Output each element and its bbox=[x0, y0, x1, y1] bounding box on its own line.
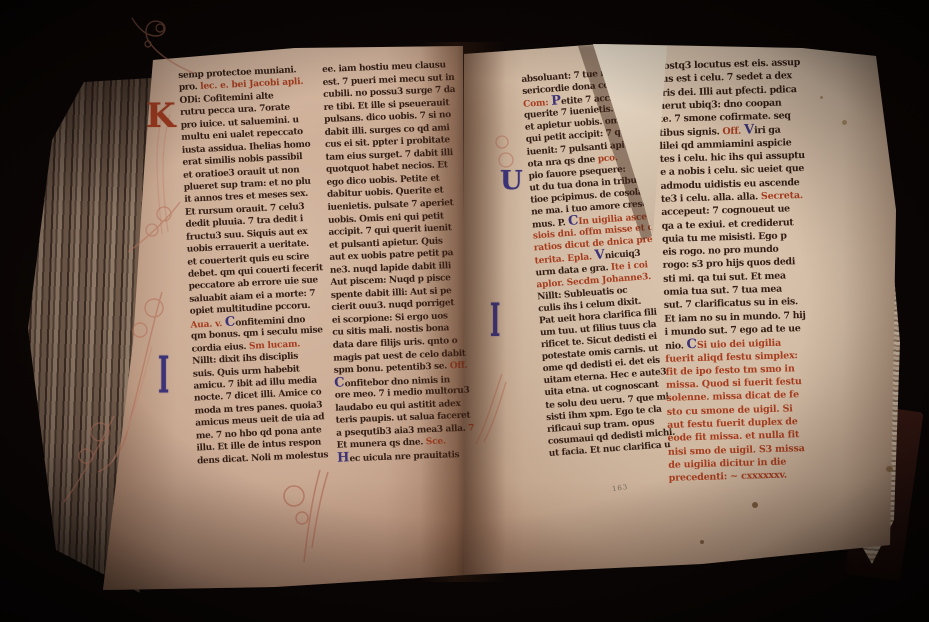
penwork-flourish-icon bbox=[126, 14, 202, 78]
decorated-initial: U bbox=[500, 166, 523, 196]
rubric-text: Secreta. bbox=[761, 190, 803, 202]
decorated-initial: K bbox=[146, 96, 175, 136]
stain-speck bbox=[752, 502, 758, 508]
decorated-initial: I bbox=[158, 344, 169, 405]
decorated-initial: I bbox=[490, 294, 500, 349]
left-page-column-1: semp protectoe muniani.pro. lec. e. bei … bbox=[178, 64, 325, 468]
rubric-text: Sm lucam. bbox=[249, 339, 301, 351]
stain-speck bbox=[700, 540, 704, 544]
stain-speck bbox=[820, 96, 823, 99]
rubric-text: Off. bbox=[722, 126, 744, 138]
initial-letter: C bbox=[686, 337, 697, 352]
initial-letter: V bbox=[744, 123, 755, 138]
stain-speck bbox=[842, 120, 847, 125]
penwork-flourish-icon bbox=[268, 468, 348, 568]
body-text: nio. bbox=[665, 341, 687, 353]
initial-letter: H bbox=[337, 450, 350, 465]
body-text: iri ga bbox=[754, 125, 781, 137]
initial-letter: C bbox=[334, 375, 345, 390]
penwork-flourish-icon bbox=[120, 196, 186, 256]
left-page-column-2: ee. iam hostiu meu clausuest. 7 pueri me… bbox=[322, 59, 465, 465]
rubric-text: precedenti: ~ cxxxxxxv. bbox=[669, 470, 787, 484]
penwork-flourish-icon bbox=[54, 408, 124, 508]
body-text: pro. bbox=[179, 82, 201, 93]
stain-speck bbox=[886, 466, 893, 472]
manuscript-photo: semp protectoe muniani.pro. lec. e. bei … bbox=[0, 0, 929, 622]
rubric-text: Sce. bbox=[426, 437, 446, 448]
initial-letter: C bbox=[225, 314, 236, 329]
right-page-column-2: postq3 locutus est eis. assuptus est i c… bbox=[657, 56, 807, 485]
penwork-flourish-icon bbox=[466, 372, 510, 448]
rubric-text: Off. bbox=[450, 361, 468, 372]
rubric-text: Ite i coi bbox=[611, 260, 649, 273]
